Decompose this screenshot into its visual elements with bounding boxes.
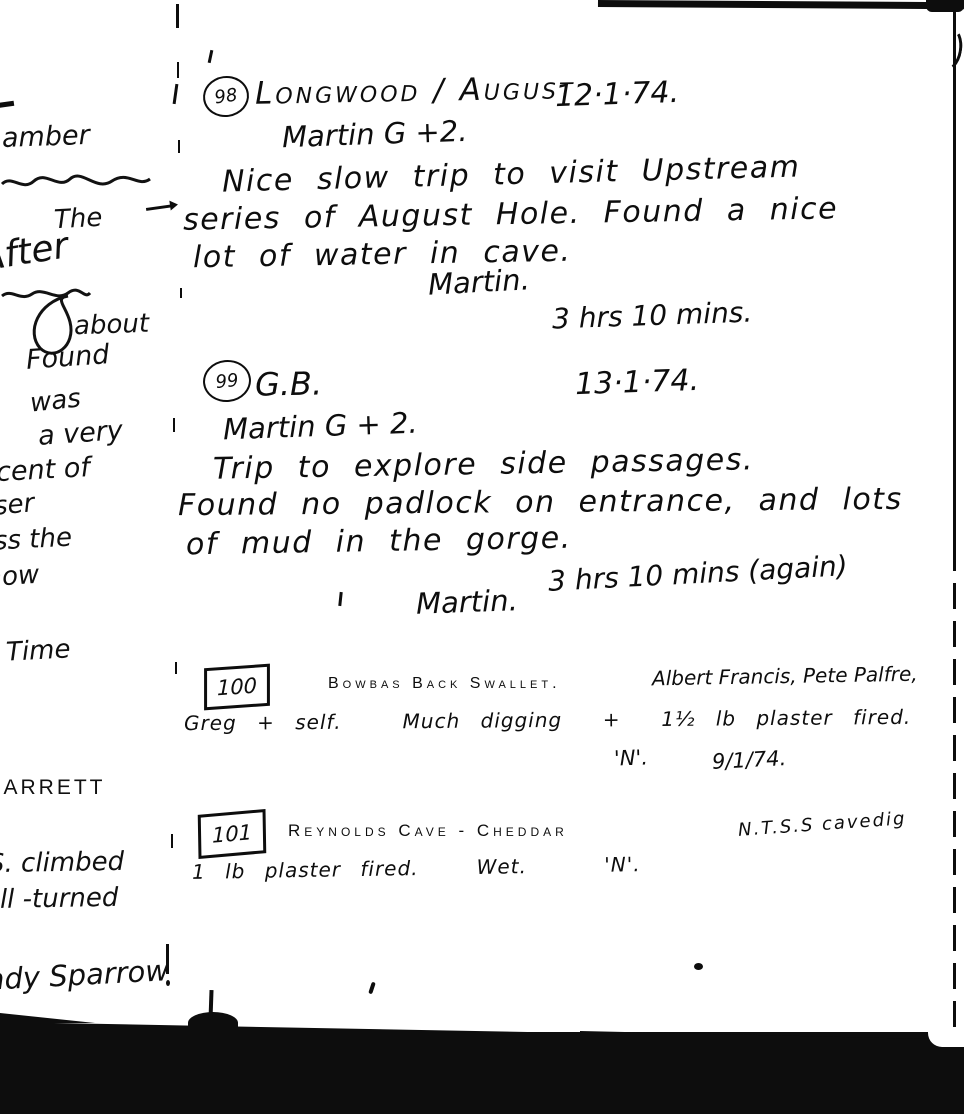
scan-edge-right [953,0,956,545]
scanned-logbook-page: chamber The After about Found was a very… [0,0,964,1114]
margin-fragment: a very [37,415,124,452]
entry-date: 12·1·74. [555,78,680,112]
entry-title: Bowbas Back Swallet. [328,676,561,692]
entry-number-boxed: 101 [198,809,267,859]
scan-edge-right-dashed [953,545,956,1037]
entry-party: Martin G + 2. [223,409,419,445]
entry-signature: Martin. [427,265,530,299]
entry-number-text: 101 [212,820,252,848]
entry-title: Longwood / August [255,73,576,110]
entry-date: 13·1·74. [575,366,700,400]
entry-initials: 'N'. [614,747,649,769]
entry-duration: 3 hrs 10 mins. [552,299,753,334]
entry-body-line: of mud in the gorge. [186,524,572,561]
scan-mound [188,1012,238,1034]
entry-number-text: 98 [213,85,239,109]
entry-party: Albert Francis, Pete Palfre, [652,664,918,689]
entry-number-text: 99 [215,369,240,392]
gutter-mark [175,662,177,674]
page-corner-white [928,1032,964,1047]
margin-fragment: ser [0,488,35,521]
margin-fragment: all -turned [0,883,119,915]
scan-edge-bottom-nib [0,1013,95,1023]
entry-signature: Martin. [416,586,519,619]
entry-number-circled: 99 [201,358,253,405]
gutter-mark [180,288,182,298]
gutter-mark [173,418,175,432]
entry-date: 9/1/74. [712,748,787,773]
margin-fragment: ndy Sparrow [0,953,170,997]
margin-fragment: Found [25,339,110,376]
gutter-mark [176,4,179,28]
margin-fragment: Time [5,634,71,667]
ink-mark [208,50,214,63]
entry-body-line: Trip to explore side passages. [213,445,754,484]
margin-fragment: S. climbed [0,847,124,879]
gutter-mark [173,84,179,104]
entry-body-line: Found no padlock on entrance, and lots [178,485,903,521]
gutter-mark [177,62,179,78]
entry-body-line: Greg + self. Much digging + 1½ lb plaste… [184,707,911,733]
margin-fragment: chamber [0,120,90,155]
gutter-mark [166,980,170,986]
entry-number-circled: 98 [200,73,251,120]
margin-fragment: JARRETT [0,776,106,800]
entry-title: Reynolds Cave - Cheddar [288,822,568,839]
gutter-mark [166,944,169,974]
entry-title: G.B. [255,367,323,400]
ink-dot [694,963,703,970]
scan-edge-top [598,0,964,9]
margin-fragment: was [29,383,83,418]
arrow-mark-head [169,199,178,210]
entry-body-line: series of August Hole. Found a nice [183,194,839,235]
entry-body-line: Nice slow trip to visit Upstream [222,152,801,197]
scan-edge-bottom [0,1032,964,1114]
scribble [0,168,152,196]
entry-duration: 3 hrs 10 mins (again) [547,552,848,596]
entry-note: N.T.S.S cavedig [738,810,907,840]
ink-mark [0,101,14,108]
entry-number-boxed: 100 [204,664,270,711]
margin-fragment: oss the [0,523,73,558]
margin-fragment: After [0,225,71,279]
gutter-mark [171,834,173,848]
ink-mark [338,592,342,606]
gutter-mark [178,140,180,153]
margin-fragment: snow [0,560,40,595]
margin-fragment: scent of [0,452,91,489]
scan-edge-top-corner [926,0,964,12]
entry-body-line: 1 lb plaster fired. Wet. 'N'. [192,854,641,882]
entry-number-text: 100 [217,674,257,701]
ink-comma [368,982,376,995]
page-curl-stroke [928,24,964,75]
margin-fragment: about [73,309,149,342]
entry-party: Martin G +2. [282,117,468,152]
